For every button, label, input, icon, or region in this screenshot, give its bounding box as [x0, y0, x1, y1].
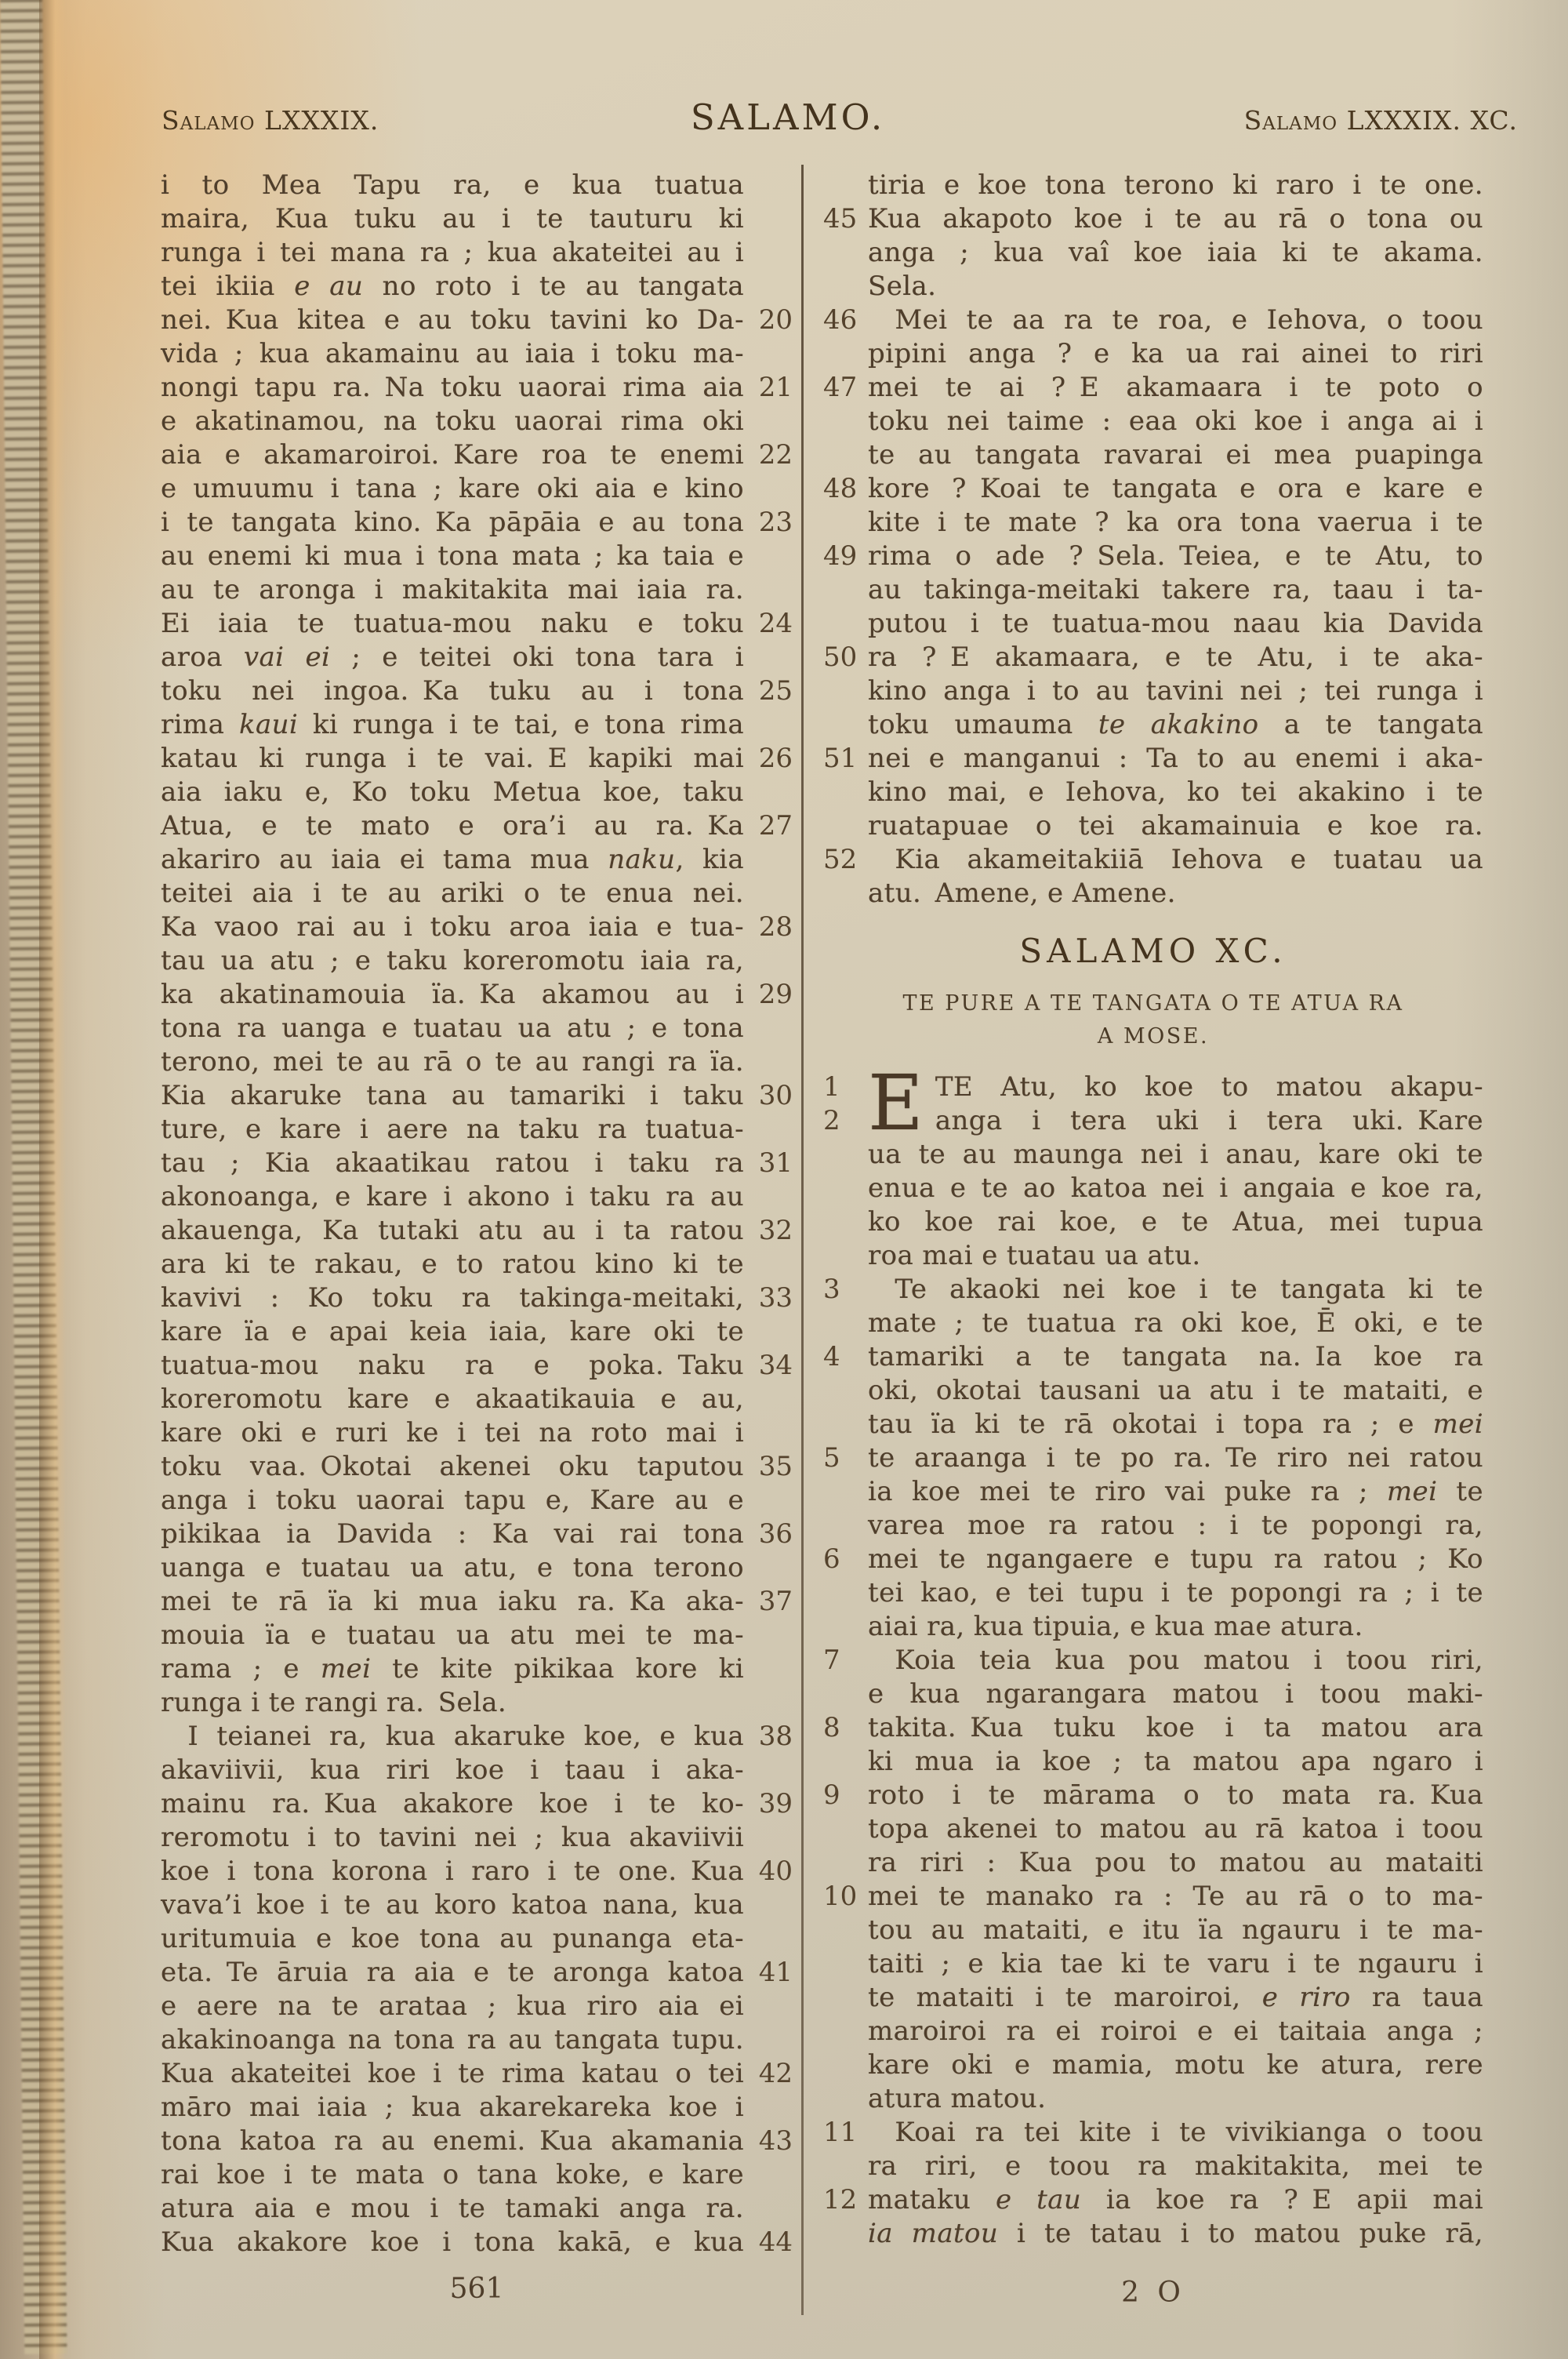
verse-number: 45 [823, 202, 868, 236]
verse-line: ua te au maunga nei i anau, kare oki te [823, 1138, 1483, 1172]
verse-number [823, 1745, 868, 1779]
verse-line: reromotu i to tavini nei ; kua akaviivii [161, 1821, 793, 1855]
verse-line: 49rima o ade ? Sela. Teiea, e te Atu, to [823, 540, 1483, 573]
verse-line: au takinga-meitaki takere ra, taau i ta- [823, 573, 1483, 607]
verse-line: mei te rā ïa ki mua iaku ra. Ka aka-37 [161, 1585, 793, 1619]
verse-text: ko koe rai koe, e te Atua, mei tupua [868, 1205, 1483, 1239]
verse-number [744, 2192, 793, 2226]
verse-number: 40 [744, 1855, 793, 1888]
verse-text: toku nei ingoa. Ka tuku au i tona [161, 674, 744, 708]
verse-number: 30 [744, 1079, 793, 1113]
verse-line: ruatapuae o tei akamainuia e koe ra. [823, 809, 1483, 843]
verse-number [744, 1686, 793, 1720]
verse-number [823, 2048, 868, 2082]
verse-text: runga i te rangi ra. Sela. [161, 1686, 744, 1720]
verse-text: mei te manako ra : Te au rā o to ma- [868, 1880, 1483, 1914]
verse-text: Kua akakore koe i tona kakā, e kua [161, 2226, 744, 2259]
verse-line: Kia akaruke tana au tamariki i taku30 [161, 1079, 793, 1113]
verse-text: kare ïa e apai keia iaia, kare oki te [161, 1315, 744, 1349]
verse-number: 12 [823, 2183, 868, 2217]
verse-number: 8 [823, 1711, 868, 1745]
verse-number [823, 1239, 868, 1273]
verse-number [823, 270, 868, 304]
drop-cap-verse-numbers: 1 2 [823, 1070, 868, 1138]
verse-line: rima kaui ki runga i te tai, e tona rima [161, 708, 793, 742]
verse-line: akariro au iaia ei tama mua naku, kia [161, 843, 793, 877]
verse-line: atura matou. [823, 2082, 1483, 2116]
verse-number [744, 1484, 793, 1518]
verse-number: 36 [744, 1518, 793, 1551]
verse-number: 20 [744, 304, 793, 337]
verse-text: tau ua atu ; e taku koreromotu iaia ra, [161, 944, 744, 978]
verse-line: pipini anga ? e ka ua rai ainei to riri [823, 337, 1483, 371]
drop-cap-lines: TE Atu, ko koe to matou akapu- anga i te… [935, 1070, 1483, 1138]
verse-text: kino anga i to au tavini nei ; tei runga… [868, 674, 1483, 708]
verse-text: tiria e koe tona terono ki raro i te one… [868, 169, 1483, 202]
verse-text: vava’i koe i te au koro katoa nana, kua [161, 1888, 744, 1922]
verse-text: rai koe i te mata o tana koke, e kare [161, 2158, 744, 2192]
verse-number: 48 [823, 472, 868, 506]
verse-text: toku umauma te akakino a te tangata [868, 708, 1483, 742]
verse-number [744, 573, 793, 607]
verse-line: tau ua atu ; e taku koreromotu iaia ra, [161, 944, 793, 978]
verse-line: kavivi : Ko toku ra takinga-meitaki,33 [161, 1281, 793, 1315]
verse-line: au enemi ki mua i tona mata ; ka taia e [161, 540, 793, 573]
page-gutter [39, 0, 66, 2359]
verse-line: e umuumu i tana ; kare oki aia e kino [161, 472, 793, 506]
verse-line: uanga e tuatau ua atu, e tona terono [161, 1551, 793, 1585]
verse-number: 39 [744, 1787, 793, 1821]
verse-text: katau ki runga i te vai. E kapiki mai [161, 742, 744, 776]
verse-number: 29 [744, 978, 793, 1012]
verse-text: reromotu i to tavini nei ; kua akaviivii [161, 1821, 744, 1855]
verse-text: tei kao, e tei tupu i te popongi ra ; i … [868, 1576, 1483, 1610]
verse-number: 43 [744, 2125, 793, 2158]
verse-line: ra riri : Kua pou to matou au mataiti [823, 1846, 1483, 1880]
psalm-subtitle-line-2: A MOSE. [823, 1022, 1483, 1051]
verse-number [823, 776, 868, 809]
running-head-left: Salamo LXXXIX. [162, 105, 379, 136]
verse-text: te araanga i te po ra. Te riro nei ratou [868, 1441, 1483, 1475]
verse-number [744, 641, 793, 674]
verse-number: 34 [744, 1349, 793, 1383]
verse-text: oki, okotai tausani ua atu i te mataiti,… [868, 1374, 1483, 1408]
verse-text: ra riri, e toou ra makitakita, mei te [868, 2150, 1483, 2183]
verse-line: uritumuia e koe tona au punanga eta- [161, 1922, 793, 1956]
verse-text: akonoanga, e kare i akono i taku ra au [161, 1180, 744, 1214]
verse-text: anga i tera uki i tera uki. Kare [935, 1104, 1483, 1138]
verse-number: 46 [823, 304, 868, 337]
verse-number: 35 [744, 1450, 793, 1484]
verse-line: anga ; kua vaî koe iaia ki te akama. [823, 236, 1483, 270]
verse-line: mate ; te tuatua ra oki koe, Ē oki, e te [823, 1307, 1483, 1340]
verse-text: māro mai iaia ; kua akarekareka koe i [161, 2091, 744, 2125]
verse-number: 10 [823, 1880, 868, 1914]
verse-text: uritumuia e koe tona au punanga eta- [161, 1922, 744, 1956]
verse-text: aia e akamaroiroi. Kare roa te enemi [161, 438, 744, 472]
verse-number [744, 236, 793, 270]
verse-number [744, 2158, 793, 2192]
verse-text: Ei iaia te tuatua-mou naku e toku [161, 607, 744, 641]
verse-text: tau ïa ki te rā okotai i topa ra ; e mei [868, 1408, 1483, 1441]
verse-text: takita. Kua tuku koe i ta matou ara [868, 1711, 1483, 1745]
verse-number [823, 1947, 868, 1981]
verse-number: 4 [823, 1340, 868, 1374]
verse-line: kino anga i to au tavini nei ; tei runga… [823, 674, 1483, 708]
verse-text: Koia teia kua pou matou i toou riri, [868, 1644, 1483, 1677]
verse-line: runga i te rangi ra. Sela. [161, 1686, 793, 1720]
verse-line: 8takita. Kua tuku koe i ta matou ara [823, 1711, 1483, 1745]
verse-line: 6mei te ngangaere e tupu ra ratou ; Ko [823, 1543, 1483, 1576]
verse-text: e umuumu i tana ; kare oki aia e kino [161, 472, 744, 506]
verse-text: mate ; te tuatua ra oki koe, Ē oki, e te [868, 1307, 1483, 1340]
verse-text: kino mai, e Iehova, ko tei akakino i te [868, 776, 1483, 809]
verse-line: oki, okotai tausani ua atu i te mataiti,… [823, 1374, 1483, 1408]
verse-text: e aere na te arataa ; kua riro aia ei [161, 1990, 744, 2023]
verse-line: kare oki e mamia, motu ke atura, rere [823, 2048, 1483, 2082]
verse-line: 50ra ? E akamaara, e te Atu, i te aka- [823, 641, 1483, 674]
verse-line: tei kao, e tei tupu i te popongi ra ; i … [823, 1576, 1483, 1610]
verse-number [744, 1248, 793, 1281]
verse-number [823, 405, 868, 438]
verse-line: ia matou i te tatau i to matou puke rā, [823, 2217, 1483, 2251]
verse-text: tamariki a te tangata na. Ia koe ra [868, 1340, 1483, 1374]
verse-number: 44 [744, 2226, 793, 2259]
verse-number [744, 1383, 793, 1416]
verse-line: Sela. [823, 270, 1483, 304]
verse-number: 38 [744, 1720, 793, 1754]
verse-number: 23 [744, 506, 793, 540]
verse-text: atu. Amene, e Amene. [868, 877, 1483, 911]
verse-number [744, 1113, 793, 1147]
verse-number [823, 1576, 868, 1610]
verse-line: kite i te mate ? ka ora tona vaerua i te [823, 506, 1483, 540]
verse-line: 51nei e manganui : Ta to au enemi i aka- [823, 742, 1483, 776]
verse-number [823, 1981, 868, 2015]
left-text-column: i to Mea Tapu ra, e kua tuatuamaira, Kua… [161, 169, 793, 2259]
verse-text: akariro au iaia ei tama mua naku, kia [161, 843, 744, 877]
verse-number [744, 1754, 793, 1787]
verse-line: 7 Koia teia kua pou matou i toou riri, [823, 1644, 1483, 1677]
verse-number [744, 877, 793, 911]
verse-number [823, 1205, 868, 1239]
verse-number: 37 [744, 1585, 793, 1619]
verse-number [823, 236, 868, 270]
verse-line: koe i tona korona i raro i te one. Kua40 [161, 1855, 793, 1888]
verse-line: i to Mea Tapu ra, e kua tuatua [161, 169, 793, 202]
verse-number: 25 [744, 674, 793, 708]
verse-line: tiria e koe tona terono ki raro i te one… [823, 169, 1483, 202]
verse-text: ra riri : Kua pou to matou au mataiti [868, 1846, 1483, 1880]
verse-text: ia koe mei te riro vai puke ra ; mei te [868, 1475, 1483, 1509]
verse-line: 48kore ? Koai te tangata e ora e kare e [823, 472, 1483, 506]
verse-text: Koai ra tei kite i te vivikianga o toou [868, 2116, 1483, 2150]
verse-line: I teianei ra, kua akaruke koe, e kua38 [161, 1720, 793, 1754]
verse-number: 41 [744, 1956, 793, 1990]
verse-number [823, 674, 868, 708]
verse-text: pikikaa ia Davida : Ka vai rai tona [161, 1518, 744, 1551]
verse-line: akonoanga, e kare i akono i taku ra au [161, 1180, 793, 1214]
verse-number [744, 1922, 793, 1956]
verse-number: 32 [744, 1214, 793, 1248]
verse-number: 49 [823, 540, 868, 573]
verse-text: ara ki te rakau, e to ratou kino ki te [161, 1248, 744, 1281]
verse-text: te mataiti i te maroiroi, e riro ra taua [868, 1981, 1483, 2015]
verse-text: tou au mataiti, e itu ïa ngauru i te ma- [868, 1914, 1483, 1947]
verse-line: akakinoanga na tona ra au tangata tupu. [161, 2023, 793, 2057]
verse-line: 12mataku e tau ia koe ra ? E apii mai [823, 2183, 1483, 2217]
verse-number [823, 607, 868, 641]
verse-number: 28 [744, 911, 793, 944]
verse-text: roto i te mārama o to mata ra. Kua [868, 1779, 1483, 1812]
verse-text: tona ra uanga e tuatau ua atu ; e tona [161, 1012, 744, 1045]
verse-text: Kua akateitei koe i te rima katau o tei [161, 2057, 744, 2091]
verse-line: ka akatinamouia ïa. Ka akamou au i29 [161, 978, 793, 1012]
verse-text: runga i tei mana ra ; kua akateitei au i [161, 236, 744, 270]
verse-line: 11 Koai ra tei kite i te vivikianga o to… [823, 2116, 1483, 2150]
verse-line: anga i toku uaorai tapu e, Kare au e [161, 1484, 793, 1518]
verse-line: rama ; e mei te kite pikikaa kore ki [161, 1652, 793, 1686]
verse-number [744, 2091, 793, 2125]
verse-number [744, 169, 793, 202]
verse-line: maira, Kua tuku au i te tauturu ki [161, 202, 793, 236]
verse-number: 6 [823, 1543, 868, 1576]
verse-line: mouia ïa e tuatau ua atu mei te ma- [161, 1619, 793, 1652]
verse-text: mouia ïa e tuatau ua atu mei te ma- [161, 1619, 744, 1652]
verse-text: Mei te aa ra te roa, e Iehova, o toou [868, 304, 1483, 337]
verse-text: tei ikiia e au no roto i te au tangata [161, 270, 744, 304]
right-column-verses-bottom: ua te au maunga nei i anau, kare oki tee… [823, 1138, 1483, 2251]
verse-line: tou au mataiti, e itu ïa ngauru i te ma- [823, 1914, 1483, 1947]
verse-line: tuatua-mou naku ra e poka. Taku34 [161, 1349, 793, 1383]
verse-text: maroiroi ra ei roiroi e ei taitaia anga … [868, 2015, 1483, 2048]
verse-number [823, 1475, 868, 1509]
verse-text: putou i te tuatua-mou naau kia Davida [868, 607, 1483, 641]
verse-text: I teianei ra, kua akaruke koe, e kua [161, 1720, 744, 1754]
verse-line: kare ïa e apai keia iaia, kare oki te [161, 1315, 793, 1349]
verse-line: 5te araanga i te po ra. Te riro nei rato… [823, 1441, 1483, 1475]
printer-signature-mark: 2 O [823, 2277, 1483, 2309]
verse-text: akaviivii, kua riri koe i taau i aka- [161, 1754, 744, 1787]
verse-text: mei te ngangaere e tupu ra ratou ; Ko [868, 1543, 1483, 1576]
verse-number [823, 1138, 868, 1172]
verse-line: kino mai, e Iehova, ko tei akakino i te [823, 776, 1483, 809]
verse-text: Kia akaruke tana au tamariki i taku [161, 1079, 744, 1113]
verse-line: te au tangata ravarai ei mea puapinga [823, 438, 1483, 472]
verse-line: varea moe ra ratou : i te popongi ra, [823, 1509, 1483, 1543]
verse-line: ture, e kare i aere na taku ra tuatua- [161, 1113, 793, 1147]
verse-text: akauenga, Ka tutaki atu au i ta ratou [161, 1214, 744, 1248]
verse-number [823, 1846, 868, 1880]
verse-line: aiai ra, kua tipuia, e kua mae atura. [823, 1610, 1483, 1644]
verse-line: ko koe rai koe, e te Atua, mei tupua [823, 1205, 1483, 1239]
verse-text: teitei aia i te au ariki o te enua nei. [161, 877, 744, 911]
verse-text: Sela. [868, 270, 1483, 304]
verse-text: mainu ra. Kua akakore koe i te ko- [161, 1787, 744, 1821]
verse-number [744, 1652, 793, 1686]
verse-text: uanga e tuatau ua atu, e tona terono [161, 1551, 744, 1585]
verse-text: vida ; kua akamainu au iaia i toku ma- [161, 337, 744, 371]
verse-line: tau ; Kia akaatikau ratou i taku ra31 [161, 1147, 793, 1180]
verse-line: tona ra uanga e tuatau ua atu ; e tona [161, 1012, 793, 1045]
verse-number [823, 2217, 868, 2251]
verse-number [744, 270, 793, 304]
verse-line: vida ; kua akamainu au iaia i toku ma- [161, 337, 793, 371]
verse-line: akaviivii, kua riri koe i taau i aka- [161, 1754, 793, 1787]
verse-line: terono, mei te au rā o te au rangi ra ïa… [161, 1045, 793, 1079]
verse-number [744, 1990, 793, 2023]
verse-line: 9roto i te mārama o to mata ra. Kua [823, 1779, 1483, 1812]
verse-number [744, 405, 793, 438]
verse-line: e aere na te arataa ; kua riro aia ei [161, 1990, 793, 2023]
verse-line: tona katoa ra au enemi. Kua akamania43 [161, 2125, 793, 2158]
verse-line: ia koe mei te riro vai puke ra ; mei te [823, 1475, 1483, 1509]
verse-number [744, 1821, 793, 1855]
psalm-heading: SALAMO XC. [823, 931, 1483, 972]
verse-number: 50 [823, 641, 868, 674]
running-head-center: SALAMO. [627, 97, 949, 138]
verse-number: 52 [823, 843, 868, 877]
verse-text: toku nei taime : eaa oki koe i anga ai i [868, 405, 1483, 438]
verse-number [823, 1172, 868, 1205]
verse-text: koreromotu kare e akaatikauia e au, [161, 1383, 744, 1416]
drop-cap-paragraph: 1 2 E TE Atu, ko koe to matou akapu- ang… [823, 1070, 1483, 1138]
verse-text: Te akaoki nei koe i te tangata ki te [868, 1273, 1483, 1307]
verse-text: enua e te ao katoa nei i angaia e koe ra… [868, 1172, 1483, 1205]
verse-number [744, 1619, 793, 1652]
verse-number: 3 [823, 1273, 868, 1307]
verse-text: i te tangata kino. Ka pāpāia e au tona [161, 506, 744, 540]
verse-number: 24 [744, 607, 793, 641]
verse-text: mei te ai ? E akamaara i te poto o [868, 371, 1483, 405]
verse-line: eta. Te āruia ra aia e te aronga katoa41 [161, 1956, 793, 1990]
verse-text: atura matou. [868, 2082, 1483, 2116]
verse-text: taiti ; e kia tae ki te varu i te ngauru… [868, 1947, 1483, 1981]
verse-text: toku vaa. Okotai akenei oku taputou [161, 1450, 744, 1484]
verse-text: rima o ade ? Sela. Teiea, e te Atu, to [868, 540, 1483, 573]
verse-line: aia e akamaroiroi. Kare roa te enemi22 [161, 438, 793, 472]
verse-text: Kua akapoto koe i te au rā o tona ou [868, 202, 1483, 236]
verse-line: maroiroi ra ei roiroi e ei taitaia anga … [823, 2015, 1483, 2048]
verse-line: akauenga, Ka tutaki atu au i ta ratou32 [161, 1214, 793, 1248]
verse-line: i te tangata kino. Ka pāpāia e au tona23 [161, 506, 793, 540]
verse-text: Atua, e te mato e ora’i au ra. Ka [161, 809, 744, 843]
verse-number [823, 877, 868, 911]
verse-line: 3 Te akaoki nei koe i te tangata ki te [823, 1273, 1483, 1307]
verse-number [823, 1914, 868, 1947]
verse-line: 45Kua akapoto koe i te au rā o tona ou [823, 202, 1483, 236]
verse-number [744, 1551, 793, 1585]
verse-line: aroa vai ei ; e teitei oki tona tara i [161, 641, 793, 674]
verse-number: 47 [823, 371, 868, 405]
verse-number: 26 [744, 742, 793, 776]
verse-line: toku umauma te akakino a te tangata [823, 708, 1483, 742]
verse-text: ki mua ia koe ; ta matou apa ngaro i [868, 1745, 1483, 1779]
verse-text: mei te rā ïa ki mua iaku ra. Ka aka- [161, 1585, 744, 1619]
book-page: Salamo LXXXIX. SALAMO. Salamo LXXXIX. XC… [0, 0, 1568, 2359]
verse-text: koe i tona korona i raro i te one. Kua [161, 1855, 744, 1888]
verse-line: toku vaa. Okotai akenei oku taputou35 [161, 1450, 793, 1484]
verse-text: rama ; e mei te kite pikikaa kore ki [161, 1652, 744, 1686]
verse-text: pipini anga ? e ka ua rai ainei to riri [868, 337, 1483, 371]
verse-text: rima kaui ki runga i te tai, e tona rima [161, 708, 744, 742]
right-column-verses-top: tiria e koe tona terono ki raro i te one… [823, 169, 1483, 911]
verse-number [744, 1888, 793, 1922]
verse-line: atura aia e mou i te tamaki anga ra. [161, 2192, 793, 2226]
verse-text: topa akenei to matou au rā katoa i toou [868, 1812, 1483, 1846]
verse-text: te au tangata ravarai ei mea puapinga [868, 438, 1483, 472]
verse-text: i to Mea Tapu ra, e kua tuatua [161, 169, 744, 202]
verse-text: TE Atu, ko koe to matou akapu- [935, 1070, 1483, 1104]
verse-number [823, 573, 868, 607]
verse-line: pikikaa ia Davida : Ka vai rai tona36 [161, 1518, 793, 1551]
verse-line: mainu ra. Kua akakore koe i te ko-39 [161, 1787, 793, 1821]
verse-number [823, 506, 868, 540]
verse-line: e kua ngarangara matou i toou maki- [823, 1677, 1483, 1711]
verse-text: anga ; kua vaî koe iaia ki te akama. [868, 236, 1483, 270]
verse-line: enua e te ao katoa nei i angaia e koe ra… [823, 1172, 1483, 1205]
verse-line: atu. Amene, e Amene. [823, 877, 1483, 911]
verse-text: aroa vai ei ; e teitei oki tona tara i [161, 641, 744, 674]
verse-number [744, 1315, 793, 1349]
verse-line: au te aronga i makitakita mai iaia ra. [161, 573, 793, 607]
verse-text: kite i te mate ? ka ora tona vaerua i te [868, 506, 1483, 540]
verse-text: tau ; Kia akaatikau ratou i taku ra [161, 1147, 744, 1180]
verse-line: Ei iaia te tuatua-mou naku e toku24 [161, 607, 793, 641]
verse-text: aia iaku e, Ko toku Metua koe, taku [161, 776, 744, 809]
verse-text: e kua ngarangara matou i toou maki- [868, 1677, 1483, 1711]
verse-number: 42 [744, 2057, 793, 2091]
verse-number: 1 [823, 1070, 868, 1104]
drop-cap-letter: E [868, 1070, 924, 1138]
verse-line: Kua akakore koe i tona kakā, e kua44 [161, 2226, 793, 2259]
verse-number [744, 843, 793, 877]
verse-text: au te aronga i makitakita mai iaia ra. [161, 573, 744, 607]
verse-line: roa mai e tuatau ua atu. [823, 1239, 1483, 1273]
verse-line: 10mei te manako ra : Te au rā o to ma- [823, 1880, 1483, 1914]
verse-line: runga i tei mana ra ; kua akateitei au i [161, 236, 793, 270]
verse-line: ra riri, e toou ra makitakita, mei te [823, 2150, 1483, 2183]
verse-number [744, 2023, 793, 2057]
verse-text: anga i toku uaorai tapu e, Kare au e [161, 1484, 744, 1518]
column-divider-rule [801, 165, 804, 2315]
verse-line: kare oki e ruri ke i tei na roto mai i [161, 1416, 793, 1450]
verse-line: māro mai iaia ; kua akarekareka koe i [161, 2091, 793, 2125]
verse-text: ture, e kare i aere na taku ra tuatua- [161, 1113, 744, 1147]
verse-number: 33 [744, 1281, 793, 1315]
verse-text: e akatinamou, na toku uaorai rima oki [161, 405, 744, 438]
verse-number: 21 [744, 371, 793, 405]
verse-number [744, 1416, 793, 1450]
verse-number [744, 337, 793, 371]
verse-line: 47mei te ai ? E akamaara i te poto o [823, 371, 1483, 405]
verse-number [744, 1012, 793, 1045]
running-head-right: Salamo LXXXIX. XC. [1051, 105, 1518, 136]
verse-line: nongi tapu ra. Na toku uaorai rima aia21 [161, 371, 793, 405]
verse-text: aiai ra, kua tipuia, e kua mae atura. [868, 1610, 1483, 1644]
verse-text: kare oki e ruri ke i tei na roto mai i [161, 1416, 744, 1450]
verse-text: ia matou i te tatau i to matou puke rā, [868, 2217, 1483, 2251]
verse-text: varea moe ra ratou : i te popongi ra, [868, 1509, 1483, 1543]
verse-text: maira, Kua tuku au i te tauturu ki [161, 202, 744, 236]
verse-text: kare oki e mamia, motu ke atura, rere [868, 2048, 1483, 2082]
verse-number [744, 202, 793, 236]
verse-number: 2 [823, 1104, 868, 1138]
verse-line: ki mua ia koe ; ta matou apa ngaro i [823, 1745, 1483, 1779]
verse-number [823, 1812, 868, 1846]
verse-number [744, 708, 793, 742]
verse-line: aia iaku e, Ko toku Metua koe, taku [161, 776, 793, 809]
